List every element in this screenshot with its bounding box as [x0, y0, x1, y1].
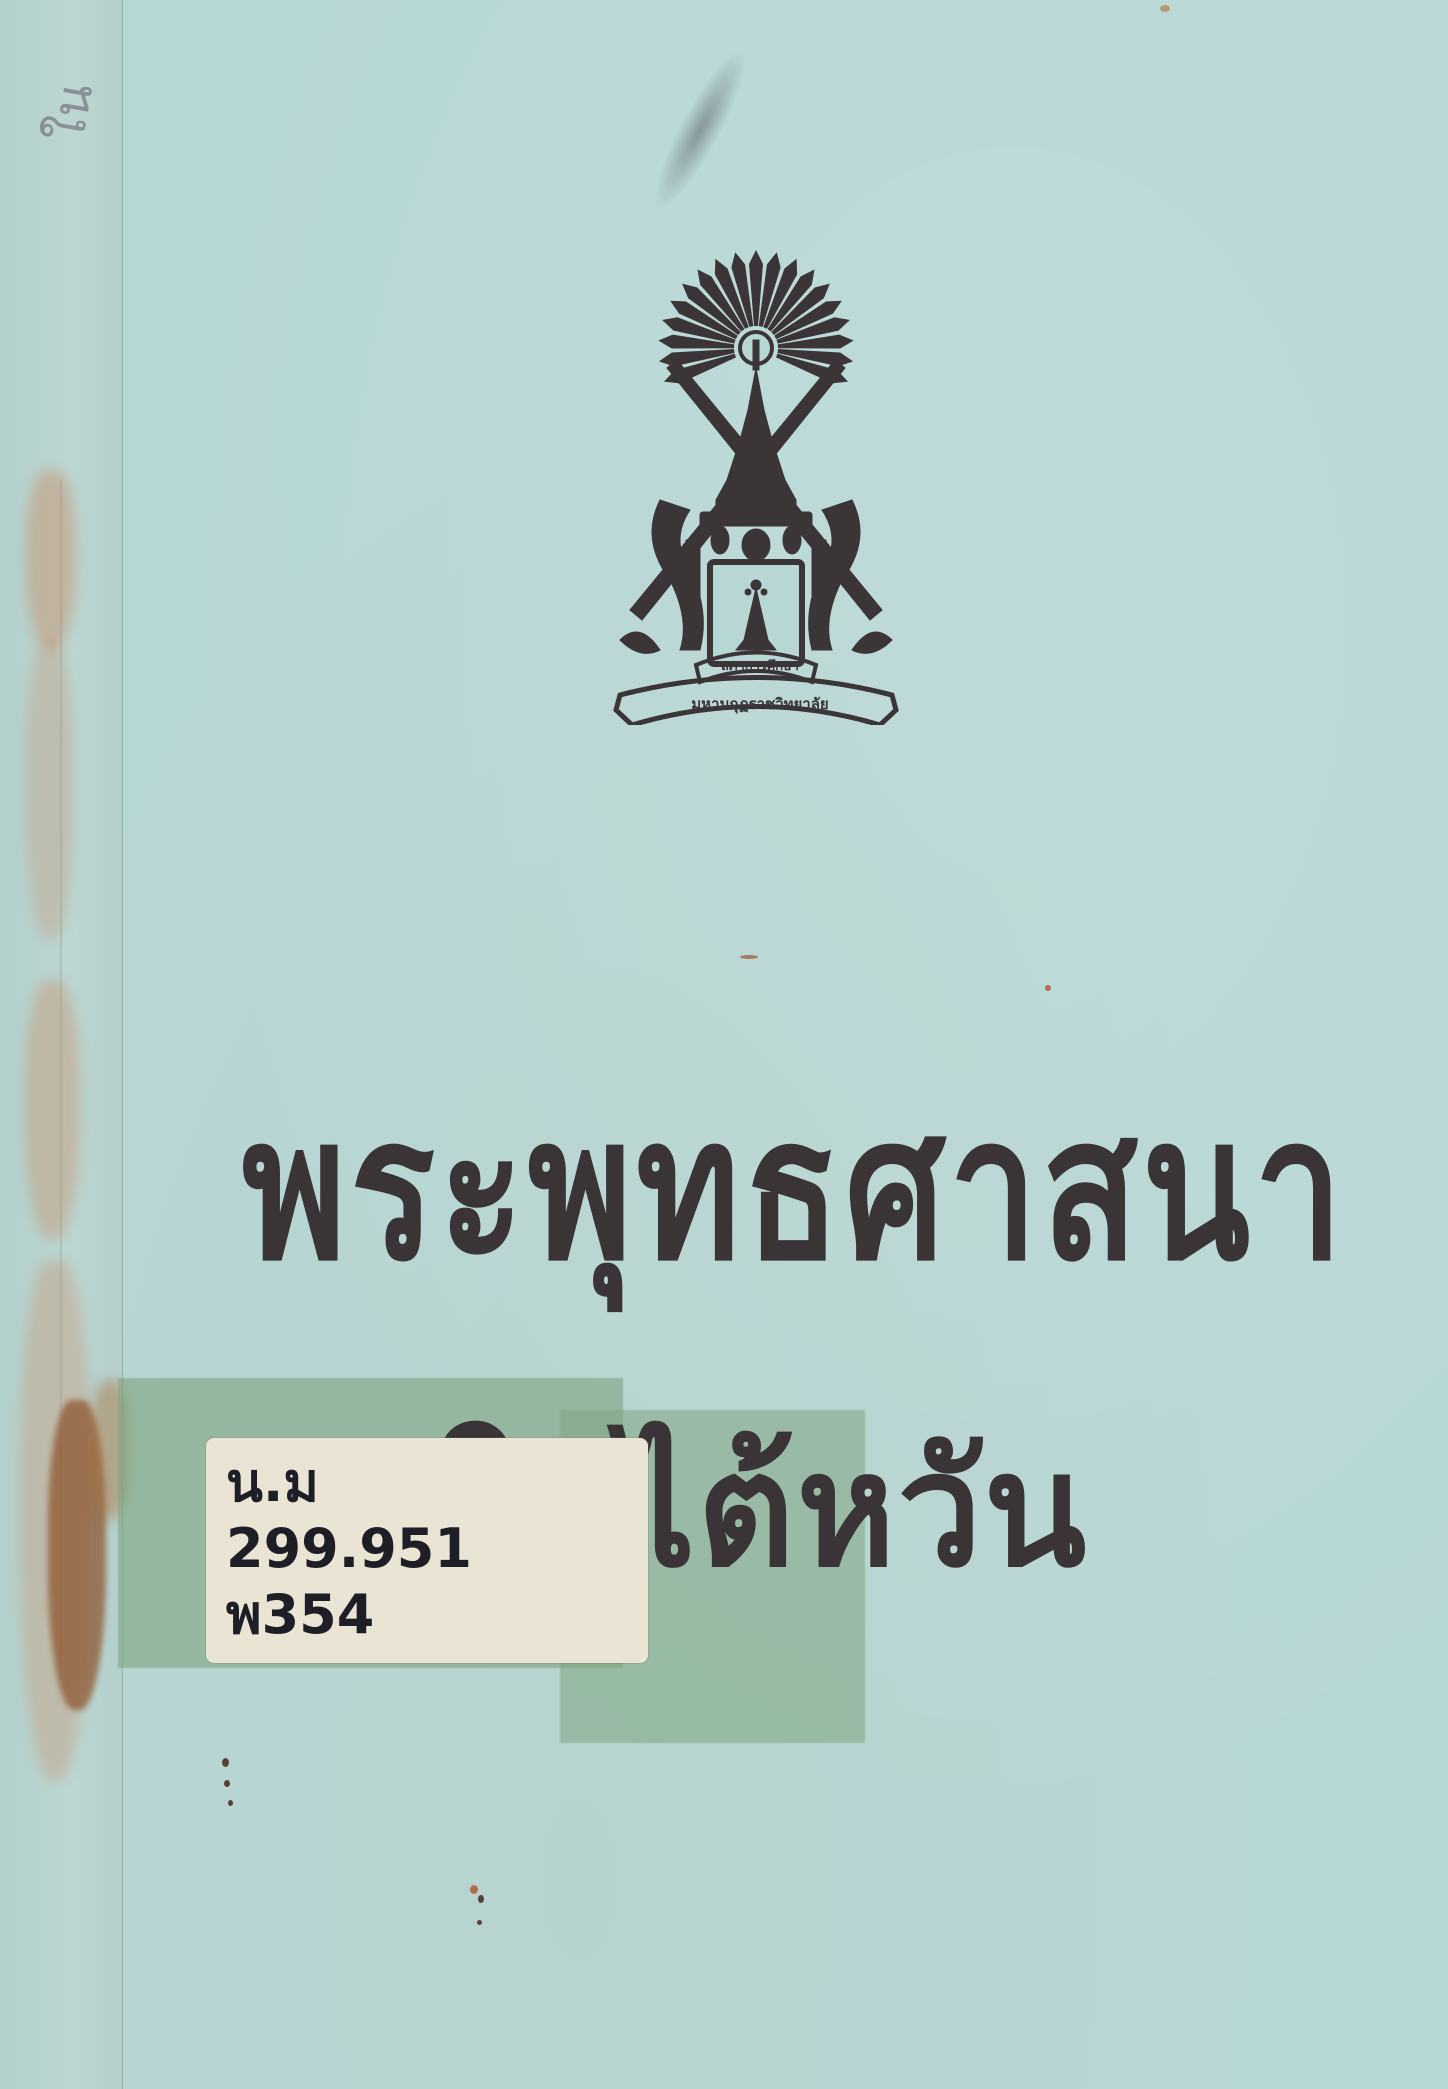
foxing-speck — [224, 1780, 230, 1787]
call-number-line: น.ม — [226, 1450, 648, 1516]
foxing-speck — [222, 1758, 229, 1767]
book-cover: ใน — [0, 0, 1448, 2089]
mahamakut-emblem-icon — [600, 240, 912, 725]
foxing-speck — [228, 1800, 233, 1806]
university-emblem: สภาการศึกษา มหามกุฏราชวิทยาลัย — [600, 240, 912, 725]
foxing-speck — [470, 1885, 478, 1894]
rust-stain — [26, 640, 74, 940]
handwritten-mark: ใน — [27, 36, 153, 154]
emblem-banner-top-text: สภาการศึกษา — [710, 655, 810, 676]
library-call-number-label: น.ม 299.951 พ354 — [206, 1438, 648, 1663]
rust-stain — [25, 980, 80, 1240]
call-number-line: พ354 — [226, 1582, 648, 1648]
foxing-speck — [1045, 985, 1051, 991]
call-number-line: 299.951 — [226, 1516, 648, 1582]
rust-stain — [26, 470, 76, 650]
book-title: พระพุทธศาสนา — [242, 1030, 1322, 1345]
foxing-speck — [478, 1895, 484, 1903]
emblem-banner-bottom-text: มหามกุฏราชวิทยาลัย — [645, 692, 875, 716]
foxing-speck — [477, 1920, 482, 1925]
foxing-speck — [1160, 5, 1170, 12]
ink-smudge — [640, 41, 760, 219]
foxing-speck — [740, 955, 758, 959]
